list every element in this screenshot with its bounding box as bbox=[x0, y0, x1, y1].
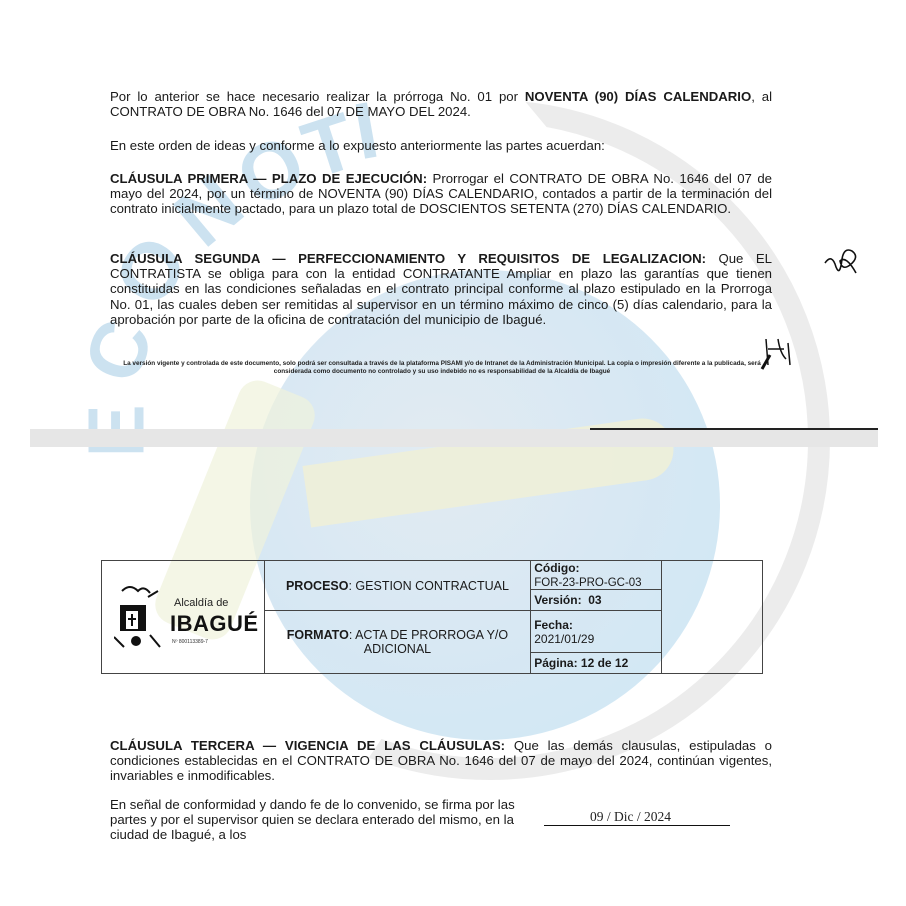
fecha-cell: Fecha: 2021/01/29 bbox=[531, 611, 662, 653]
proceso-cell: PROCESO: GESTION CONTRACTUAL bbox=[264, 561, 531, 611]
paragraph-acuerdan: En este orden de ideas y conforme a lo e… bbox=[110, 138, 772, 153]
blank-cell bbox=[662, 561, 763, 674]
version-cell: Versión: 03 bbox=[531, 590, 662, 611]
clause-primera: CLÁUSULA PRIMERA — PLAZO DE EJECUCIÓN: P… bbox=[110, 171, 772, 217]
formato-cell: FORMATO: ACTA DE PRORROGA Y/O ADICIONAL bbox=[264, 611, 531, 674]
codigo-cell: Código: FOR-23-PRO-GC-03 bbox=[531, 561, 662, 590]
document-header-table: Alcaldía de IBAGUÉ Nº 800113389-7 PROCES… bbox=[101, 560, 763, 674]
ibague-crest-icon bbox=[114, 577, 164, 655]
handwritten-date: 09 / Dic / 2024 bbox=[590, 809, 671, 825]
clause-tercera-title: CLÁUSULA TERCERA — VIGENCIA DE LAS CLÁUS… bbox=[110, 738, 505, 753]
page-break bbox=[30, 429, 878, 447]
logo-big-text: IBAGUÉ bbox=[170, 611, 259, 637]
clause-tercera: CLÁUSULA TERCERA — VIGENCIA DE LAS CLÁUS… bbox=[110, 738, 772, 784]
clause-segunda: CLÁUSULA SEGUNDA — PERFECCIONAMIENTO Y R… bbox=[110, 251, 772, 327]
clause-segunda-title: CLÁUSULA SEGUNDA — PERFECCIONAMIENTO Y R… bbox=[110, 251, 706, 266]
signature-initials-right bbox=[822, 245, 862, 280]
page-break-line bbox=[590, 428, 878, 430]
footer-note: La versión vigente y controlada de este … bbox=[112, 360, 772, 376]
logo-nit: Nº 800113389-7 bbox=[172, 639, 208, 645]
logo-cell: Alcaldía de IBAGUÉ Nº 800113389-7 bbox=[102, 561, 265, 674]
signature-initials-margin bbox=[758, 335, 800, 370]
logo-small-text: Alcaldía de bbox=[174, 597, 228, 609]
clause-primera-title: CLÁUSULA PRIMERA — PLAZO DE EJECUCIÓN: bbox=[110, 171, 427, 186]
pagina-cell: Página: 12 de 12 bbox=[531, 653, 662, 674]
date-underline bbox=[544, 825, 730, 826]
paragraph-prorroga: Por lo anterior se hace necesario realiz… bbox=[110, 89, 772, 119]
closing-paragraph: En señal de conformidad y dando fe de lo… bbox=[110, 797, 550, 843]
